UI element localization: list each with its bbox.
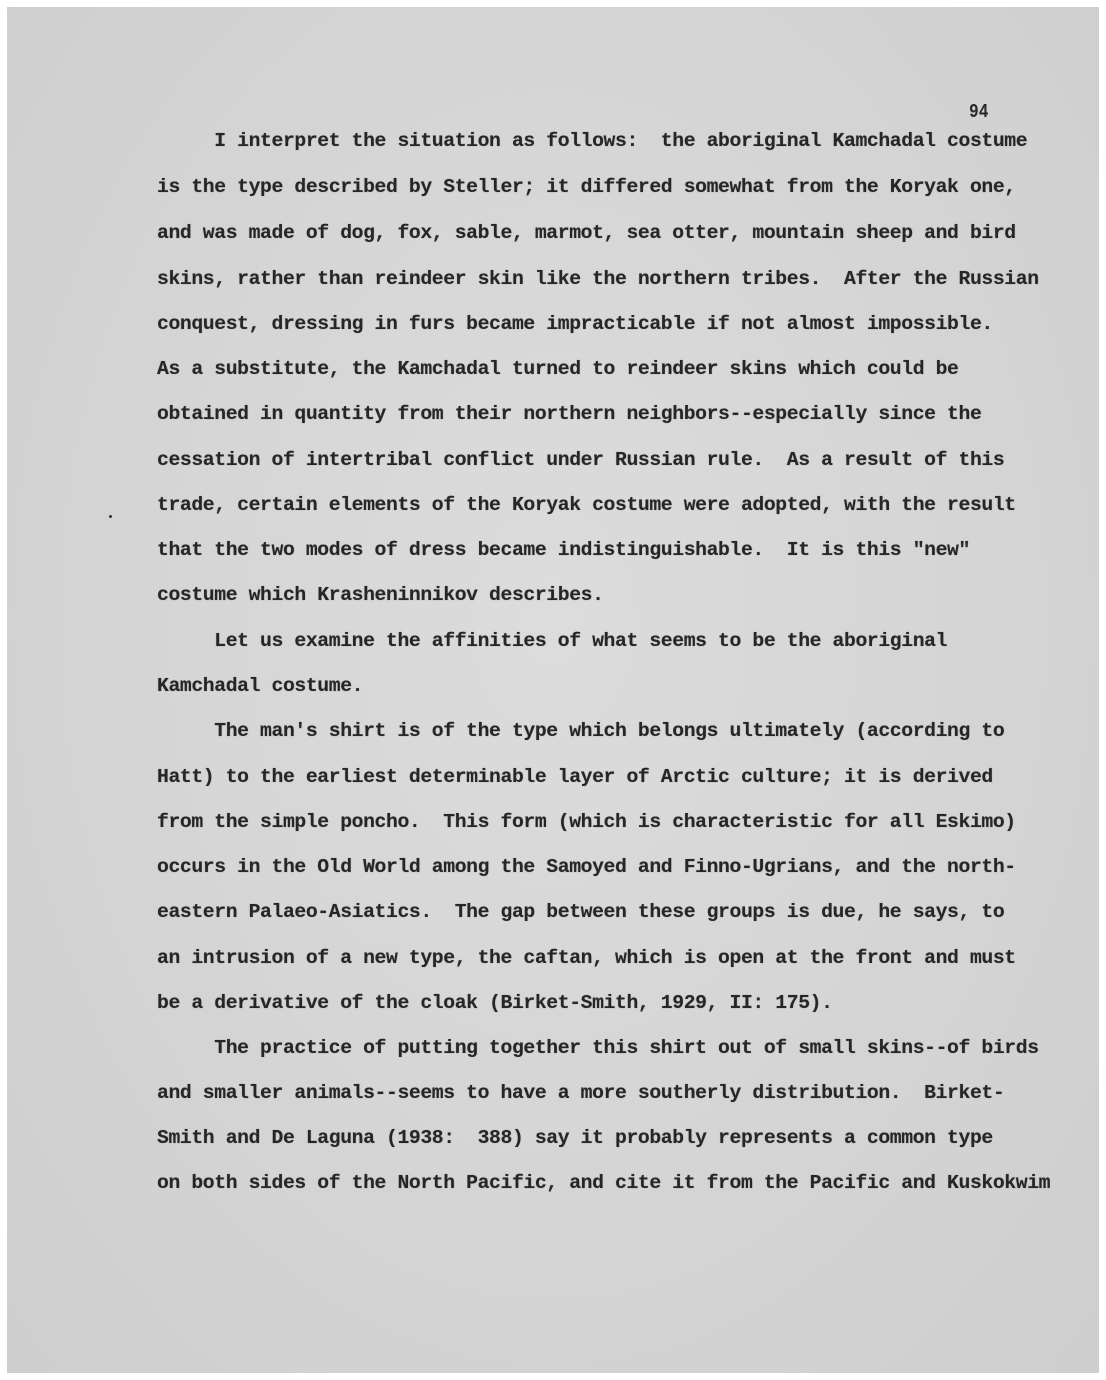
text-line: costume which Krasheninnikov describes. [157,584,604,606]
text-line: occurs in the Old World among the Samoye… [157,856,1016,878]
text-line: Smith and De Laguna (1938: 388) say it p… [157,1127,993,1149]
text-line: is the type described by Steller; it dif… [157,176,1016,198]
text-line: from the simple poncho. This form (which… [157,811,1016,833]
text-line: The man's shirt is of the type which bel… [157,720,1004,742]
text-line: eastern Palaeo-Asiatics. The gap between… [157,901,1004,923]
text-line: on both sides of the North Pacific, and … [157,1172,1050,1194]
text-line: and was made of dog, fox, sable, marmot,… [157,222,1016,244]
scanned-page: 94 I interpret the situation as follows:… [7,7,1099,1373]
margin-speck [109,515,112,518]
text-line: conquest, dressing in furs became imprac… [157,313,993,335]
text-line: be a derivative of the cloak (Birket-Smi… [157,992,833,1014]
text-line: Kamchadal costume. [157,675,363,697]
text-line: Hatt) to the earliest determinable layer… [157,766,993,788]
text-line: that the two modes of dress became indis… [157,539,970,561]
text-line: and smaller animals--seems to have a mor… [157,1082,1004,1104]
text-line: cessation of intertribal conflict under … [157,449,1004,471]
text-line: The practice of putting together this sh… [157,1037,1039,1059]
text-line: As a substitute, the Kamchadal turned to… [157,358,959,380]
text-line: skins, rather than reindeer skin like th… [157,268,1039,290]
text-line: Let us examine the affinities of what se… [157,630,947,652]
text-line: obtained in quantity from their northern… [157,403,981,425]
text-line: trade, certain elements of the Koryak co… [157,494,1016,516]
text-line: an intrusion of a new type, the caftan, … [157,947,1016,969]
page-number: 94 [969,101,988,123]
text-line: I interpret the situation as follows: th… [157,130,1027,152]
